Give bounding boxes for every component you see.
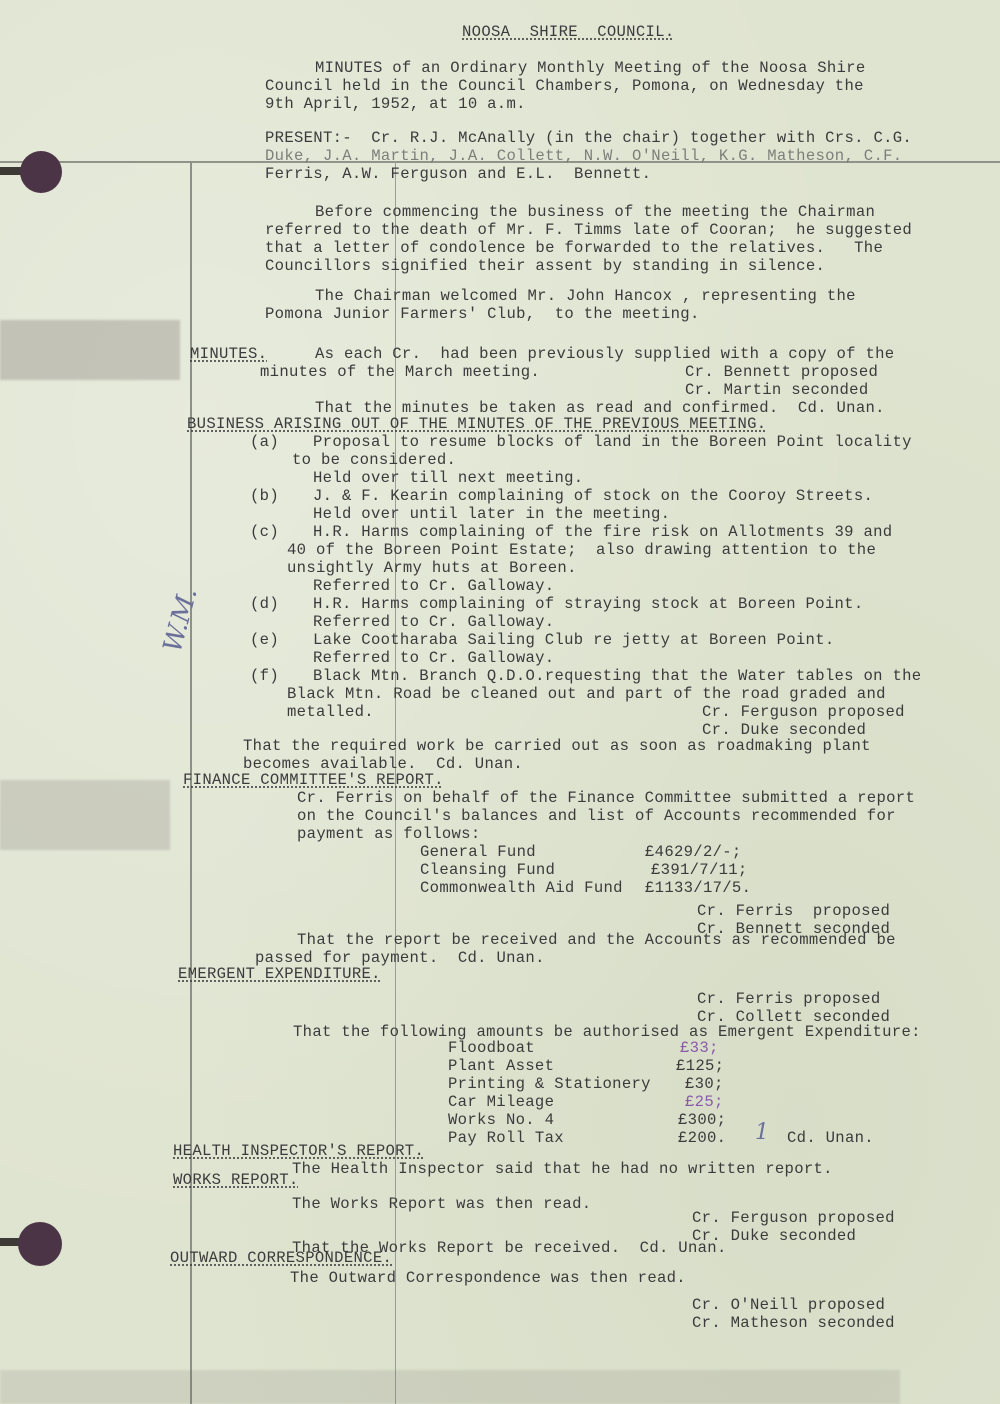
item-line: metalled. (287, 704, 374, 721)
account-name: Commonwealth Aid Fund (420, 880, 623, 897)
expense-amount: £125; (676, 1058, 724, 1075)
seconder: Cr. Martin seconded (685, 382, 869, 399)
section-heading-outward: OUTWARD CORRESPONDENCE. (170, 1250, 392, 1267)
item-label: (a) (250, 434, 279, 451)
item-label: (c) (250, 524, 279, 541)
item-line: Referred to Cr. Galloway. (313, 614, 554, 631)
welcome-line: The Chairman welcomed Mr. John Hancox , … (315, 288, 856, 305)
expense-name: Car Mileage (448, 1094, 554, 1111)
account-amount: £4629/2/-; (645, 844, 742, 861)
section-heading-business-arising: BUSINESS ARISING OUT OF THE MINUTES OF T… (187, 416, 766, 433)
intro-line: MINUTES of an Ordinary Monthly Meeting o… (315, 60, 866, 77)
condolence-line: Councillors signified their assent by st… (265, 258, 825, 275)
outward-line: The Outward Correspondence was then read… (290, 1270, 686, 1287)
item-label: (f) (250, 668, 279, 685)
carried-unanimously: Cd. Unan. (787, 1130, 874, 1147)
stain (0, 320, 180, 380)
stain (0, 780, 170, 850)
account-name: Cleansing Fund (420, 862, 555, 879)
finance-line: Cr. Ferris on behalf of the Finance Comm… (297, 790, 915, 807)
item-label: (b) (250, 488, 279, 505)
proposer: Cr. Ferguson proposed (692, 1210, 895, 1227)
page-title: NOOSA SHIRE COUNCIL. (462, 24, 674, 41)
expense-name: Pay Roll Tax (448, 1130, 564, 1147)
expense-amount: £300; (678, 1112, 726, 1129)
item-line: Black Mtn. Branch Q.D.O.requesting that … (313, 668, 921, 685)
item-line: unsightly Army huts at Boreen. (287, 560, 577, 577)
resolution: That the report be received and the Acco… (297, 932, 896, 949)
proposer: Cr. Bennett proposed (685, 364, 878, 381)
item-line: Proposal to resume blocks of land in the… (313, 434, 912, 451)
section-heading-minutes: MINUTES. (190, 346, 267, 363)
finance-line: payment as follows: (297, 826, 481, 843)
stain (0, 1370, 900, 1404)
item-line: Referred to Cr. Galloway. (313, 578, 554, 595)
expense-amount: £30; (685, 1076, 724, 1093)
item-line: H.R. Harms complaining of the fire risk … (313, 524, 892, 541)
section-heading-emergent: EMERGENT EXPENDITURE. (178, 966, 381, 983)
expense-amount: £33; (680, 1040, 719, 1057)
proposer: Cr. Ferris proposed (697, 903, 890, 920)
item-line: J. & F. Kearin complaining of stock on t… (313, 488, 873, 505)
item-line: 40 of the Boreen Point Estate; also draw… (287, 542, 876, 559)
section-heading-health: HEALTH INSPECTOR'S REPORT. (173, 1143, 424, 1160)
resolution: That the required work be carried out as… (243, 738, 871, 755)
account-amount: £1133/17/5. (645, 880, 751, 897)
health-line: The Health Inspector said that he had no… (292, 1161, 833, 1178)
condolence-line: referred to the death of Mr. F. Timms la… (265, 222, 912, 239)
item-line: Black Mtn. Road be cleaned out and part … (287, 686, 886, 703)
finance-line: on the Council's balances and list of Ac… (297, 808, 896, 825)
item-label: (d) (250, 596, 279, 613)
section-heading-finance: FINANCE COMMITTEE'S REPORT. (183, 772, 444, 789)
green-check-mark: 1 (755, 1120, 769, 1145)
account-amount: £391/7/11; (651, 862, 748, 879)
condolence-line: that a letter of condolence be forwarded… (265, 240, 883, 257)
expense-name: Plant Asset (448, 1058, 554, 1075)
item-line: Held over until later in the meeting. (313, 506, 670, 523)
emergent-intro: That the following amounts be authorised… (293, 1024, 921, 1041)
expense-name: Printing & Stationery (448, 1076, 651, 1093)
seconder: Cr. Matheson seconded (692, 1315, 895, 1332)
expense-name: Works No. 4 (448, 1112, 554, 1129)
punch-hole-bottom (18, 1222, 62, 1266)
present-line: Ferris, A.W. Ferguson and E.L. Bennett. (265, 166, 651, 183)
item-label: (e) (250, 632, 279, 649)
present-line: PRESENT:- Cr. R.J. McAnally (in the chai… (265, 130, 912, 147)
minutes-line: minutes of the March meeting. (260, 364, 540, 381)
proposer: Cr. Ferguson proposed (702, 704, 905, 721)
item-line: to be considered. (292, 452, 456, 469)
proposer: Cr. O'Neill proposed (692, 1297, 885, 1314)
present-line: Duke, J.A. Martin, J.A. Collett, N.W. O'… (265, 148, 902, 165)
expense-name: Floodboat (448, 1040, 535, 1057)
expense-amount: £200. (678, 1130, 726, 1147)
minutes-line: As each Cr. had been previously supplied… (315, 346, 894, 363)
condolence-line: Before commencing the business of the me… (315, 204, 875, 221)
item-line: H.R. Harms complaining of straying stock… (313, 596, 864, 613)
proposer: Cr. Ferris proposed (697, 991, 881, 1008)
intro-line: 9th April, 1952, at 10 a.m. (265, 96, 526, 113)
item-line: Lake Cootharaba Sailing Club re jetty at… (313, 632, 835, 649)
document-page: NOOSA SHIRE COUNCIL. MINUTES of an Ordin… (0, 0, 1000, 1404)
intro-line: Council held in the Council Chambers, Po… (265, 78, 864, 95)
margin-initials: W.M. (158, 585, 204, 656)
welcome-line: Pomona Junior Farmers' Club, to the meet… (265, 306, 700, 323)
item-line: Held over till next meeting. (313, 470, 583, 487)
section-heading-works: WORKS REPORT. (173, 1172, 299, 1189)
expense-amount: £25; (685, 1094, 724, 1111)
item-line: Referred to Cr. Galloway. (313, 650, 554, 667)
works-line: The Works Report was then read. (292, 1196, 591, 1213)
punch-hole-top (20, 151, 62, 193)
account-name: General Fund (420, 844, 536, 861)
